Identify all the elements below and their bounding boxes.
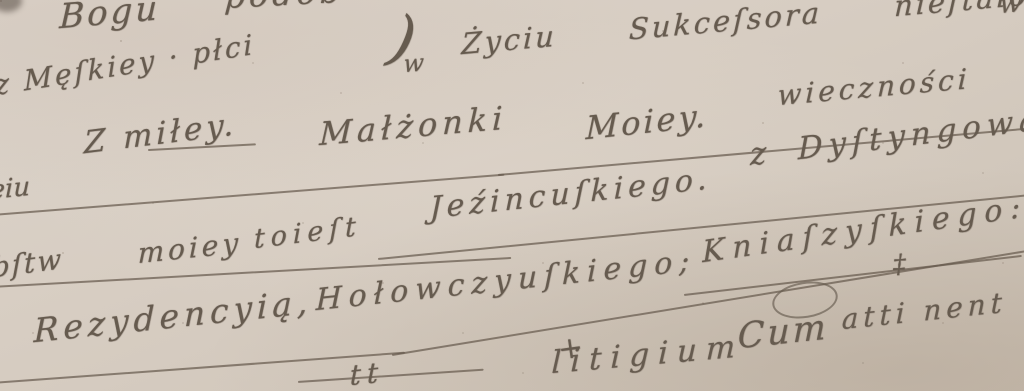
manuscript-photo: Bogu podob ) ) w Życiu Sukceſsora nieſta… bbox=[0, 0, 1024, 391]
cut-off-word-bstw: bſtw bbox=[0, 245, 63, 282]
handwritten-word-cum: Cum bbox=[737, 310, 829, 355]
cut-off-strokes-tt: tt bbox=[350, 358, 385, 390]
handwritten-word-malzonki: Małżonki bbox=[319, 102, 508, 151]
handwritten-word-rezydencyia: Rezydencyią, bbox=[33, 285, 312, 348]
handwritten-word-wiecznosci: wieczności w bbox=[777, 52, 1024, 110]
underline-stroke bbox=[298, 369, 484, 383]
handwritten-word-moiey-2: moiey bbox=[138, 229, 243, 268]
double-dagger-mark: ‡ bbox=[892, 251, 907, 278]
cut-off-flourish-left: ) bbox=[0, 10, 2, 59]
handwritten-word-attinent: atti nent bbox=[842, 289, 1008, 335]
cut-off-word-eiu: eiu bbox=[0, 174, 30, 204]
handwritten-phrase-z-dystyngowa: z Dyſtyngowa bbox=[750, 104, 1024, 171]
handwritten-word-toiest: toieſt bbox=[254, 213, 362, 253]
handwritten-word-w: w bbox=[403, 51, 425, 77]
handwritten-word-jezincuskiego: Jeźincuſkiego. bbox=[429, 164, 712, 224]
handwritten-phrase-z-meskiey-plci: z Męſkiey · płci bbox=[0, 31, 256, 100]
handwritten-word-moiey: Moiey. bbox=[585, 99, 708, 144]
cut-off-word-top-right: w bbox=[999, 0, 1022, 18]
ink-smudge bbox=[0, 0, 22, 12]
handwritten-word-kniaszyskiego: Kniaſzyſkiego: bbox=[702, 192, 1024, 268]
handwritten-word-bogu: Bogu bbox=[59, 0, 161, 34]
handwritten-word-podob: podob bbox=[224, 0, 346, 13]
handwritten-phrase-z-miley: Z miłey. bbox=[84, 109, 237, 159]
handwritten-phrase-zyciu-sukcessora: Życiu Sukceſsora nieſtało, bbox=[461, 0, 1024, 59]
